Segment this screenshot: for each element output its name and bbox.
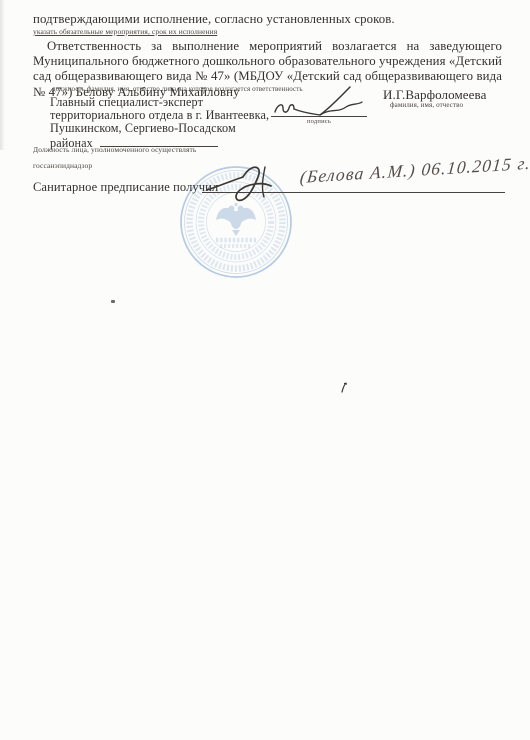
receipt-label: Санитарное предписание получил: [33, 180, 218, 195]
official-name-caption: фамилия, имя, отчество: [390, 101, 463, 109]
signature-caption: подпись: [271, 118, 367, 125]
double-headed-eagle-emblem: [216, 203, 256, 236]
scan-speck: [111, 300, 115, 303]
official-position-block: Главный специалист-эксперт территориальн…: [50, 96, 269, 150]
scanned-document-page: подтверждающими исполнение, согласно уст…: [0, 0, 530, 740]
position-line: территориального отдела в г. Ивантеевка,: [50, 109, 269, 122]
handwritten-signature-recipient: [205, 158, 315, 204]
closing-sentence: подтверждающими исполнение, согласно уст…: [33, 12, 395, 27]
duty-caption-line1: Должность лица, уполномоченного осуществ…: [33, 145, 196, 154]
position-line: Пушкинском, Сергиево-Посадском: [50, 122, 269, 135]
position-line: Главный специалист-эксперт: [50, 96, 269, 109]
signature-underline: [271, 116, 367, 117]
stray-pen-mark: [340, 382, 348, 394]
receipt-handwriting-text: (Белова А.М.) 06.10.2015 г.: [299, 153, 530, 188]
duty-caption-line2: госсанэпиднадзор: [33, 161, 92, 170]
footnote-instruction: указать обязательные мероприятия, срок и…: [33, 27, 217, 36]
scan-edge-shadow: [0, 0, 5, 150]
